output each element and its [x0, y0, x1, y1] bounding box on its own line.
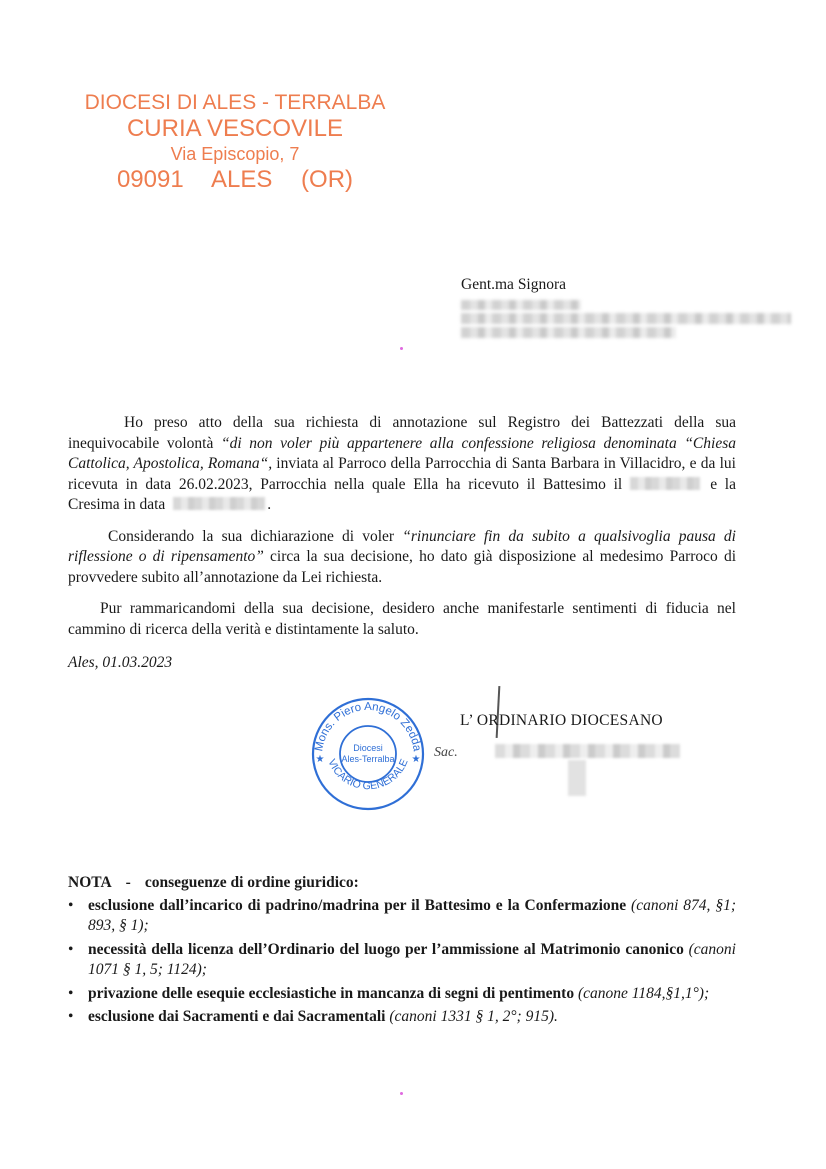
item-canon-ref: (canone 1184,§1,1°);: [574, 985, 709, 1002]
handwritten-prefix: Sac.: [434, 745, 458, 761]
redacted-baptism-date: [630, 477, 700, 490]
item-text: esclusione dall’incarico di padrino/madr…: [88, 897, 626, 914]
p1-end: .: [267, 496, 271, 513]
item-canon-ref: (canoni 1331 § 1, 2°; 915).: [386, 1008, 558, 1025]
official-stamp: Mons. Piero Angelo Zedda VICARIO GENERAL…: [308, 696, 428, 812]
scan-speck: [400, 347, 403, 350]
item-text: privazione delle esequie ecclesiastiche …: [88, 985, 574, 1002]
list-item: •esclusione dall’incarico di padrino/mad…: [68, 896, 736, 937]
place-date: Ales, 01.03.2023: [68, 654, 172, 672]
bullet-icon: •: [68, 1007, 73, 1028]
salutation: Gent.ma Signora: [461, 276, 791, 294]
redacted-recipient-address-line2: [461, 327, 676, 338]
item-text: esclusione dai Sacramenti e dai Sacramen…: [88, 1008, 386, 1025]
item-text: necessità della licenza dell’Ordinario d…: [88, 941, 684, 958]
scan-speck: [400, 1092, 403, 1095]
redacted-signature-tail: [568, 760, 586, 796]
bullet-icon: •: [68, 940, 73, 961]
paragraph-1: Ho preso atto della sua richiesta di ann…: [68, 413, 736, 516]
paragraph-3: Pur rammaricandomi della sua decisione, …: [68, 599, 736, 640]
consequences-list: •esclusione dall’incarico di padrino/mad…: [68, 896, 736, 1028]
letterhead: DIOCESI DI ALES - TERRALBA CURIA VESCOVI…: [70, 90, 400, 194]
star-icon: ★: [412, 754, 421, 765]
paragraph-2: Considerando la sua dichiarazione di vol…: [68, 527, 736, 589]
redacted-recipient-address-line1: [461, 313, 791, 324]
list-item: •privazione delle esequie ecclesiastiche…: [68, 984, 736, 1005]
stamp-inner-1: Diocesi: [353, 743, 383, 753]
stamp-inner-2: Ales-Terralba: [341, 754, 394, 764]
p2-text-a: Considerando la sua dichiarazione di vol…: [108, 528, 402, 545]
redacted-signature: [495, 744, 680, 758]
redacted-confirmation-date: [173, 497, 265, 510]
star-icon: ★: [316, 754, 325, 765]
letter-body: Ho preso atto della sua richiesta di ann…: [68, 413, 736, 651]
bullet-icon: •: [68, 896, 73, 917]
bullet-icon: •: [68, 984, 73, 1005]
note-label: NOTA: [68, 874, 112, 891]
postal-city: 09091 ALES (OR): [70, 166, 400, 195]
note-heading: NOTA-conseguenze di ordine giuridico:: [68, 873, 736, 894]
list-item: •esclusione dai Sacramenti e dai Sacrame…: [68, 1007, 736, 1028]
recipient-block: Gent.ma Signora: [461, 276, 791, 338]
note-separator: -: [126, 874, 131, 891]
redacted-recipient-name: [461, 300, 581, 310]
diocese-name: DIOCESI DI ALES - TERRALBA: [70, 90, 400, 115]
legal-note: NOTA-conseguenze di ordine giuridico: •e…: [68, 873, 736, 1031]
curia-name: CURIA VESCOVILE: [70, 115, 400, 144]
list-item: •necessità della licenza dell’Ordinario …: [68, 940, 736, 981]
note-heading-text: conseguenze di ordine giuridico:: [145, 874, 359, 891]
signatory-title: L’ ORDINARIO DIOCESANO: [460, 712, 663, 730]
street-address: Via Episcopio, 7: [70, 144, 400, 166]
